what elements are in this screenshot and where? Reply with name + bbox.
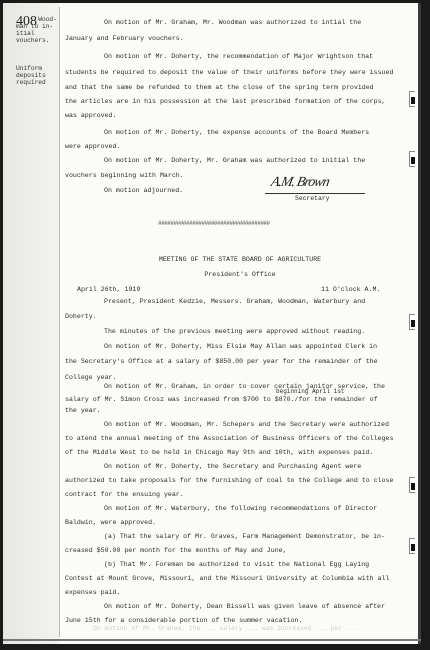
- text-line: On motion of Mr. Doherty, the expense ac…: [104, 129, 369, 137]
- text-line: was approved.: [65, 112, 116, 120]
- text-line: June 15th for a considerable portion of …: [65, 617, 302, 625]
- text-line: On motion adjourned.: [104, 187, 183, 195]
- page-bottom-edge: [3, 639, 421, 641]
- text-line: Doherty.: [65, 313, 97, 321]
- text-line: authorized to take proposals for the fur…: [65, 477, 393, 485]
- text-line: and that the same be refunded to them at…: [65, 84, 374, 92]
- text-line: On motion of Mr. Graham, in order to cov…: [104, 383, 385, 391]
- text-line: On motion of Mr. Graham, Mr. Woodman was…: [104, 19, 361, 27]
- text-line: were approved.: [65, 143, 120, 151]
- meeting-title: MEETING OF THE STATE BOARD OF AGRICULTUR…: [59, 256, 421, 264]
- secretary-signature: A.M. Brown: [269, 175, 330, 191]
- binder-tab-mark: [409, 538, 415, 554]
- document-page: 408 Wood- man to in- itial vouchers.Unif…: [3, 3, 421, 644]
- text-line: the Secretary's Office at a salary of $8…: [65, 358, 378, 366]
- text-line: creased $50.00 per month for the months …: [65, 547, 287, 555]
- text-line: Contest at Mount Grove, Missouri, and th…: [65, 575, 389, 583]
- binder-tab-mark: [409, 314, 415, 330]
- binder-tab-mark: [409, 151, 415, 167]
- text-line: Present, President Kedzie, Messers. Grah…: [104, 298, 365, 306]
- binder-tab-mark: [409, 477, 415, 493]
- text-line: On motion of Mr. Woodman, Mr. Schepers a…: [104, 421, 389, 429]
- section-separator: ####################################: [158, 220, 270, 227]
- margin-rule: [59, 7, 60, 637]
- text-line: (b) That Mr. Foreman be authorized to vi…: [104, 561, 369, 569]
- meeting-time: 11 O'clock A.M.: [321, 286, 380, 294]
- meeting-date: April 26th, 1919: [77, 286, 140, 294]
- text-line: On motion of Mr. Waterbury, the followin…: [104, 505, 377, 513]
- text-line: salary of Mr. Simon Crosz was increased …: [65, 396, 378, 404]
- text-line: contract for the ensuing year.: [65, 491, 184, 499]
- text-line: expenses paid.: [65, 589, 120, 597]
- text-line: the year.: [65, 407, 101, 415]
- text-line: vouchers beginning with March.: [65, 172, 184, 180]
- text-line: College year.: [65, 374, 116, 382]
- meeting-location: President's Office: [59, 271, 421, 279]
- text-line: On motion of Mr. Doherty, Dean Bissell w…: [104, 603, 385, 611]
- text-line: On motion of Mr. Doherty, Miss Elsie May…: [104, 343, 377, 351]
- bleed-through-text: On motion of Mr. Graham, the ... salary …: [93, 625, 358, 632]
- text-line: of the Middle West to be held in Chicago…: [65, 449, 374, 457]
- text-line: (a) That the salary of Mr. Graves, Farm …: [104, 533, 385, 541]
- text-line: On motion of Mr. Doherty, Mr. Graham was…: [104, 157, 365, 165]
- margin-column: [3, 3, 59, 644]
- text-line: January and February vouchers.: [65, 35, 184, 43]
- text-line: students be required to deposit the valu…: [65, 69, 393, 77]
- text-line: On motion of Mr. Doherty, the Secretary …: [104, 463, 361, 471]
- text-line: Baldwin, were approved.: [65, 519, 156, 527]
- margin-note: Uniform deposits required: [16, 65, 46, 86]
- text-line: the articles are in his possession at th…: [65, 98, 386, 106]
- text-line: The minutes of the previous meeting were…: [104, 328, 365, 336]
- signature-line: [265, 193, 365, 194]
- signature-label: Secretary: [295, 195, 330, 202]
- text-line: to atend the annual meeting of the Assoc…: [65, 435, 393, 443]
- margin-note: Wood- man to in- itial vouchers.: [16, 16, 57, 44]
- text-line: On motion of Mr. Doherty, the recommenda…: [104, 53, 373, 61]
- binder-tab-mark: [409, 91, 415, 107]
